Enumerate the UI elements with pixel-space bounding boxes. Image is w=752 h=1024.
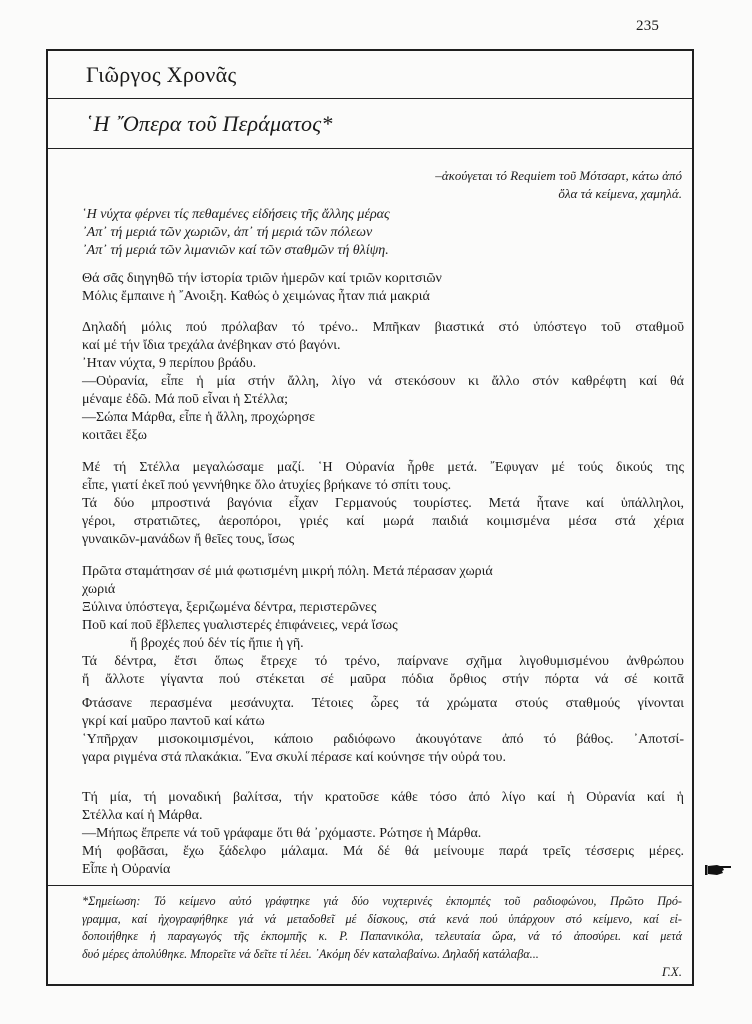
paragraph: Μέ τή Στέλλα μεγαλώσαμε μαζί. ῾Η Οὐρανία… — [82, 459, 684, 549]
text-line: καί μέ τήν ἴδια τρεχάλα ἀνέβηκαν στό βαγ… — [82, 337, 684, 355]
text-line: Πρῶτα σταμάτησαν σέ μιά φωτισμένη μικρή … — [82, 563, 684, 581]
text-line: Τά δύο μπροστινά βαγόνια εἶχαν Γερμανούς… — [82, 495, 684, 513]
stage-direction-line: –ἀκούγεται τό Requiem τοῦ Μότσαρτ, κάτω … — [435, 167, 682, 185]
footnote-line: δοποιήθηκε ἡ παραγωγός τῆς ἐκπομπῆς κ. Ρ… — [82, 928, 682, 946]
text-line: χωριά — [82, 581, 684, 599]
text-line: Στέλλα καί ἡ Μάρθα. — [82, 807, 684, 825]
text-line: μέναμε ἐδῶ. Μά ποῦ εἶναι ἡ Στέλλα; — [82, 391, 684, 409]
text-line: ῾Υπῆρχαν μισοκοιμισμένοι, κάποιο ραδιόφω… — [82, 731, 684, 749]
text-line: Φτάσανε περασμένα μεσάνυχτα. Τέτοιες ὧρε… — [82, 695, 684, 713]
text-line: —Μήπως ἔπρεπε νά τοῦ γράφαμε ὅτι θά ᾿ρχό… — [82, 825, 684, 843]
text-line: γέροι, στρατιῶτες, ἀεροπόροι, γριές καί … — [82, 513, 684, 531]
text-line: Δηλαδή μόλις πού πρόλαβαν τό τρένο.. Μπῆ… — [82, 319, 684, 337]
text-line: ῾Η νύχτα φέρνει τίς πεθαμένες εἰδήσεις τ… — [82, 206, 684, 224]
text-line: ᾿Απ᾿ τή μεριά τῶν χωριῶν, ἀπ᾿ τή μεριά τ… — [82, 224, 684, 242]
footnote-line: *Σημείωση: Τό κείμενο αὐτό γράφτηκε γιά … — [82, 893, 682, 911]
text-line: γαρα ριγμένα στά πλακάκια. ῞Ενα σκυλί πέ… — [82, 749, 684, 767]
text-line: Θά σᾶς διηγηθῶ τήν ἱστορία τριῶν ἡμερῶν … — [82, 270, 684, 288]
paragraph: Δηλαδή μόλις πού πρόλαβαν τό τρένο.. Μπῆ… — [82, 319, 684, 445]
text-line: ἤ βροχές πού δέν τίς ἤπιε ἡ γῆ. — [82, 635, 684, 653]
text-line: —Οὐρανία, εἶπε ἡ μία στήν ἄλλη, λίγο νά … — [82, 373, 684, 391]
text-line: —Σώπα Μάρθα, εἶπε ἡ ἄλλη, προχώρησε — [82, 409, 684, 427]
pointing-hand-icon — [705, 864, 733, 876]
paragraph: Θά σᾶς διηγηθῶ τήν ἱστορία τριῶν ἡμερῶν … — [82, 270, 684, 306]
paragraph: Φτάσανε περασμένα μεσάνυχτα. Τέτοιες ὧρε… — [82, 695, 684, 767]
text-line: κοιτᾶει ἔξω — [82, 427, 684, 445]
work-title: ῾Η ῎Οπερα τοῦ Περάματος* — [86, 111, 333, 137]
text-line: γυναικῶν-μανάδων ἤ θεῖες τους, ἴσως — [82, 531, 684, 549]
footnote-line: δυό μέρες ἀπολύθηκε. Μπορεῖτε νά δεῖτε τ… — [82, 946, 682, 964]
text-line: εἶπε, γιατί ἐκεῖ πού γεννήθηκε ὅλο ἀτυχί… — [82, 477, 684, 495]
stage-direction: –ἀκούγεται τό Requiem τοῦ Μότσαρτ, κάτω … — [435, 167, 682, 203]
paragraph: Πρῶτα σταμάτησαν σέ μιά φωτισμένη μικρή … — [82, 563, 684, 689]
text-line: Μέ τή Στέλλα μεγαλώσαμε μαζί. ῾Η Οὐρανία… — [82, 459, 684, 477]
author-row: Γιῶργος Χρονᾶς — [48, 51, 692, 99]
paragraph: Τή μία, τή μοναδική βαλίτσα, τήν κρατοῦσ… — [82, 789, 684, 879]
author-name: Γιῶργος Χρονᾶς — [86, 62, 237, 88]
footnote-line: γραμμα, καί ἠχογραφήθηκε γιά νά μεταδοθε… — [82, 911, 682, 929]
text-line: ἤ ἄλλοτε γίγαντα πού στέκεται σέ μαῦρα π… — [82, 671, 684, 689]
text-line: Ποῦ καί ποῦ ἔβλεπες γυαλιστερές ἐπιφάνει… — [82, 617, 684, 635]
footnote-text: *Σημείωση: Τό κείμενο αὐτό γράφτηκε γιά … — [82, 893, 682, 963]
text-line: Εἶπε ἡ Οὐρανία — [82, 861, 684, 879]
body-text: –ἀκούγεται τό Requiem τοῦ Μότσαρτ, κάτω … — [48, 149, 692, 889]
text-line: γκρί καί μαῦρο παντοῦ καί κάτω — [82, 713, 684, 731]
text-line: Τή μία, τή μοναδική βαλίτσα, τήν κρατοῦσ… — [82, 789, 684, 807]
text-line: ᾿Απ᾿ τή μεριά τῶν λιμανιῶν καί τῶν σταθμ… — [82, 242, 684, 260]
text-line: ᾿Ηταν νύχτα, 9 περίπου βράδυ. — [82, 355, 684, 373]
page-number: 235 — [636, 18, 659, 35]
title-row: ῾Η ῎Οπερα τοῦ Περάματος* — [48, 99, 692, 149]
text-line: Μή φοβᾶσαι, ἔχω ξάδελφο μάλαμα. Μά δέ θά… — [82, 843, 684, 861]
text-line: Τά δέντρα, ἔτσι ὅπως ἔτρεχε τό τρένο, πα… — [82, 653, 684, 671]
text-line: Ξύλινα ὑπόστεγα, ξεριζωμένα δέντρα, περι… — [82, 599, 684, 617]
footnote: *Σημείωση: Τό κείμενο αὐτό γράφτηκε γιά … — [48, 885, 692, 984]
text-line: Μόλις ἔμπαινε ἡ ῎Ανοιξη. Καθώς ὁ χειμώνα… — [82, 288, 684, 306]
stage-direction-line: ὅλα τά κείμενα, χαμηλά. — [435, 185, 682, 203]
text-frame: Γιῶργος Χρονᾶς ῾Η ῎Οπερα τοῦ Περάματος* … — [46, 49, 694, 986]
paragraph-epigraph: ῾Η νύχτα φέρνει τίς πεθαμένες εἰδήσεις τ… — [82, 206, 684, 260]
footnote-signature: Γ.Χ. — [662, 964, 682, 980]
